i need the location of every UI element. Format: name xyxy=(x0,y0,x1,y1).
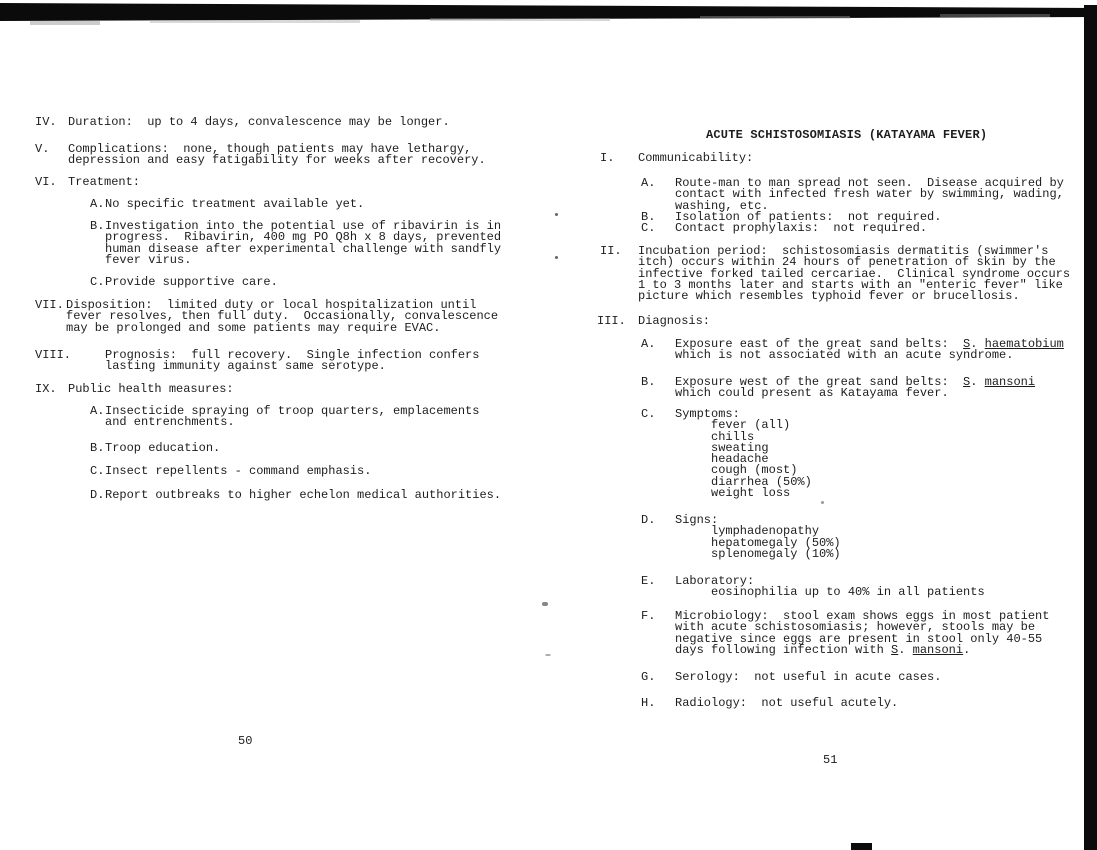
item-number: V. xyxy=(35,144,49,155)
item-number: F. xyxy=(641,611,655,622)
item-number: A. xyxy=(90,406,104,417)
item-text: Investigation into the potential use of … xyxy=(105,221,501,266)
item-text: Exposure west of the great sand belts: S… xyxy=(675,377,1035,400)
item-text: Contact prophylaxis: not required. xyxy=(675,223,927,234)
item-number: C. xyxy=(641,223,655,234)
item-number: D. xyxy=(641,515,655,526)
item-text: Insecticide spraying of troop quarters, … xyxy=(105,406,479,429)
item-text: No specific treatment available yet. xyxy=(105,199,364,210)
scan-smudge xyxy=(30,21,100,25)
item-text: Signs: lymphadenopathy hepatomegaly (50%… xyxy=(675,515,841,560)
item-number: C. xyxy=(90,466,104,477)
item-number: III. xyxy=(597,316,626,327)
item-number: C. xyxy=(641,409,655,420)
scan-speck xyxy=(545,654,551,656)
item-text: Duration: up to 4 days, convalescence ma… xyxy=(68,117,450,128)
item-text: Symptoms: fever (all) chills sweating he… xyxy=(675,409,812,499)
item-number: II. xyxy=(600,246,622,257)
item-number: C. xyxy=(90,277,104,288)
item-text: Troop education. xyxy=(105,443,220,454)
item-text: Radiology: not useful acutely. xyxy=(675,698,898,709)
item-number: VI. xyxy=(35,177,57,188)
item-text: Treatment: xyxy=(68,177,140,188)
item-number: H. xyxy=(641,698,655,709)
scan-bottom-mark xyxy=(851,843,872,850)
item-number: VIII. xyxy=(35,350,71,361)
item-text: Provide supportive care. xyxy=(105,277,278,288)
item-text: Communicability: xyxy=(638,153,753,164)
item-text: Diagnosis: xyxy=(638,316,710,327)
scan-smudge xyxy=(940,14,1050,17)
item-number: IV. xyxy=(35,117,57,128)
item-number: B. xyxy=(90,221,104,232)
item-text: Report outbreaks to higher echelon medic… xyxy=(105,490,501,501)
item-number: A. xyxy=(90,199,104,210)
scan-right-bar xyxy=(1084,5,1097,850)
item-number: G. xyxy=(641,672,655,683)
scan-top-bar xyxy=(0,0,1097,30)
item-number: B. xyxy=(90,443,104,454)
item-number: B. xyxy=(641,377,655,388)
item-number: D. xyxy=(90,490,104,501)
scan-speck xyxy=(555,256,558,259)
page-number: 51 xyxy=(823,755,837,766)
item-text: Laboratory: eosinophilia up to 40% in al… xyxy=(675,576,985,599)
page-title: ACUTE SCHISTOSOMIASIS (KATAYAMA FEVER) xyxy=(706,130,987,141)
item-text: Complications: none, though patients may… xyxy=(68,144,486,167)
scanned-document-page: IV. Duration: up to 4 days, convalescenc… xyxy=(0,0,1097,850)
scan-smudge xyxy=(700,16,850,19)
item-number: I. xyxy=(600,153,614,164)
item-text: Serology: not useful in acute cases. xyxy=(675,672,941,683)
item-text: Disposition: limited duty or local hospi… xyxy=(66,300,498,334)
scan-smudge xyxy=(150,20,360,23)
scan-speck xyxy=(542,602,548,606)
item-text: Insect repellents - command emphasis. xyxy=(105,466,371,477)
scan-speck xyxy=(555,213,558,216)
item-number: E. xyxy=(641,576,655,587)
page-number: 50 xyxy=(238,736,252,747)
scan-smudge xyxy=(430,18,610,21)
item-number: A. xyxy=(641,178,655,189)
item-text: Public health measures: xyxy=(68,384,234,395)
item-number: A. xyxy=(641,339,655,350)
item-text: Incubation period: schistosomiasis derma… xyxy=(638,246,1070,302)
item-number: IX. xyxy=(35,384,57,395)
scan-speck xyxy=(821,501,824,504)
item-number: VII. xyxy=(35,300,64,311)
item-text: Prognosis: full recovery. Single infecti… xyxy=(105,350,479,373)
item-text: Microbiology: stool exam shows eggs in m… xyxy=(675,611,1049,656)
item-text: Exposure east of the great sand belts: S… xyxy=(675,339,1064,362)
item-text: Route-man to man spread not seen. Diseas… xyxy=(675,178,1064,212)
